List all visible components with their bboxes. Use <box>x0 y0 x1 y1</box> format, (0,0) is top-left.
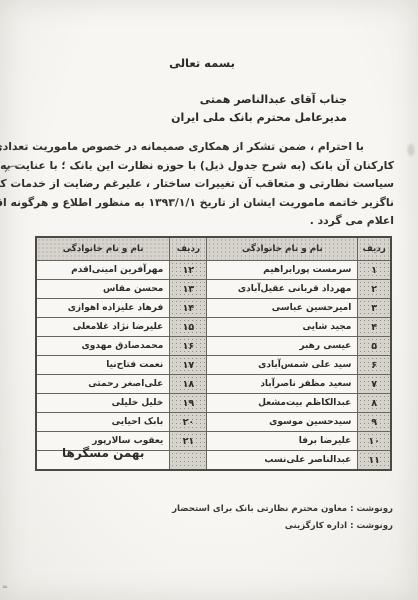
table-row: ۸ عبدالکاظم بیت‌مشعل ۱۹ خلیل خلیلی <box>36 394 391 413</box>
employee-name-right: عیسی رهبر <box>207 337 358 356</box>
employee-name-right: سعید مظفر ناصرآباد <box>207 375 358 394</box>
row-number-left <box>170 451 207 471</box>
scan-artifact-arc <box>3 160 23 176</box>
row-number-left: ۱۷ <box>170 356 207 375</box>
employee-name-left: علیرضا نژاد غلامعلی <box>36 318 170 337</box>
employee-name-left: بابک احیایی <box>36 413 170 432</box>
row-number-left: ۱۵ <box>170 318 207 337</box>
scan-artifact-smudge <box>406 142 416 158</box>
row-number-right: ۱۰ <box>358 432 391 451</box>
scan-artifact-speck: ≈ <box>2 583 8 591</box>
body-line: با احترام ، ضمن تشکر از همکاری صمیمانه د… <box>20 138 394 157</box>
employee-name-right: عبدالناصر علی‌نسب <box>207 451 358 471</box>
addressee-title: مدیرعامل محترم بانک ملی ایران <box>171 109 347 127</box>
employee-name-right: امیرحسین عباسی <box>207 299 358 318</box>
table-row: ۴ مجید شایی ۱۵ علیرضا نژاد غلامعلی <box>36 318 391 337</box>
employee-name-left: خلیل خلیلی <box>36 394 170 413</box>
row-number-left: ۱۳ <box>170 280 207 299</box>
row-number-left: ۲۰ <box>170 413 207 432</box>
employee-name-right: مجید شایی <box>207 318 358 337</box>
table-row: ۷ سعید مظفر ناصرآباد ۱۸ علی‌اصغر رحمتی <box>36 375 391 394</box>
row-number-right: ۸ <box>358 394 391 413</box>
row-number-right: ۳ <box>358 299 391 318</box>
employee-name-left: علی‌اصغر رحمتی <box>36 375 170 394</box>
row-number-left: ۱۹ <box>170 394 207 413</box>
cc-line: رونوشت : معاون محترم نظارتی بانک برای اس… <box>172 501 393 518</box>
signature-name: بهمن مسگرها <box>62 446 144 460</box>
table-row: ۲ مهرداد قربانی عقیل‌آبادی ۱۳ محسن مقاس <box>36 280 391 299</box>
employee-name-right: مهرداد قربانی عقیل‌آبادی <box>207 280 358 299</box>
table-row: ۳ امیرحسین عباسی ۱۴ فرهاد علیزاده اهوازی <box>36 299 391 318</box>
row-number-right: ۷ <box>358 375 391 394</box>
letter-body: با احترام ، ضمن تشکر از همکاری صمیمانه د… <box>20 138 394 231</box>
employee-name-left: محمدصادق مهدوی <box>36 337 170 356</box>
row-number-left: ۱۲ <box>170 261 207 280</box>
row-number-right: ۱۱ <box>358 451 391 471</box>
body-line: کارکنان آن بانک (به شرح جدول ذیل) با حوز… <box>20 157 394 176</box>
table-row: ۱ سرمست پورابراهیم ۱۲ مهرآفرین امینی‌اقد… <box>36 261 391 280</box>
addressee-block: جناب آقای عبدالناصر همتی مدیرعامل محترم … <box>171 91 347 126</box>
employee-name-left: مهرآفرین امینی‌اقدم <box>36 261 170 280</box>
row-number-left: ۱۸ <box>170 375 207 394</box>
employee-name-left: نعمت فتاح‌نیا <box>36 356 170 375</box>
table-row: ۹ سیدحسین موسوی ۲۰ بابک احیایی <box>36 413 391 432</box>
body-line: ناگزیر خاتمه ماموریت ایشان از تاریخ ۱۳۹۳… <box>20 194 394 213</box>
cc-line: رونوشت : اداره کارگزینی <box>172 518 393 535</box>
table-header-row: ردیف نام و نام خانوادگی ردیف نام و نام خ… <box>36 237 391 261</box>
employee-name-right: سیدحسین موسوی <box>207 413 358 432</box>
table-row: ۶ سید علی شمس‌آبادی ۱۷ نعمت فتاح‌نیا <box>36 356 391 375</box>
row-number-right: ۶ <box>358 356 391 375</box>
body-line: اعلام می گردد . <box>20 212 394 231</box>
employee-name-right: عبدالکاظم بیت‌مشعل <box>207 394 358 413</box>
row-number-right: ۴ <box>358 318 391 337</box>
employee-name-left: فرهاد علیزاده اهوازی <box>36 299 170 318</box>
row-number-right: ۲ <box>358 280 391 299</box>
body-line: سیاست نظارتی و متعاقب آن تغییرات ساختار … <box>20 175 394 194</box>
row-number-left: ۱۴ <box>170 299 207 318</box>
header-row-number-right: ردیف <box>358 237 391 261</box>
row-number-left: ۱۶ <box>170 337 207 356</box>
employee-roster-table: ردیف نام و نام خانوادگی ردیف نام و نام خ… <box>35 236 392 471</box>
bismillah-heading: بسمه تعالی <box>92 56 312 70</box>
row-number-right: ۹ <box>358 413 391 432</box>
row-number-right: ۱ <box>358 261 391 280</box>
table-body: ۱ سرمست پورابراهیم ۱۲ مهرآفرین امینی‌اقد… <box>36 261 391 471</box>
cc-block: رونوشت : معاون محترم نظارتی بانک برای اس… <box>172 501 393 535</box>
employee-name-right: سید علی شمس‌آبادی <box>207 356 358 375</box>
row-number-right: ۵ <box>358 337 391 356</box>
employee-name-right: علیرضا برفا <box>207 432 358 451</box>
row-number-left: ۲۱ <box>170 432 207 451</box>
addressee-name: جناب آقای عبدالناصر همتی <box>171 91 347 109</box>
employee-name-right: سرمست پورابراهیم <box>207 261 358 280</box>
scanned-letter-page: بسمه تعالی جناب آقای عبدالناصر همتی مدیر… <box>0 0 418 600</box>
header-row-number-left: ردیف <box>170 237 207 261</box>
employee-name-left: محسن مقاس <box>36 280 170 299</box>
header-name-left: نام و نام خانوادگی <box>36 237 170 261</box>
table-row: ۵ عیسی رهبر ۱۶ محمدصادق مهدوی <box>36 337 391 356</box>
header-name-right: نام و نام خانوادگی <box>207 237 358 261</box>
